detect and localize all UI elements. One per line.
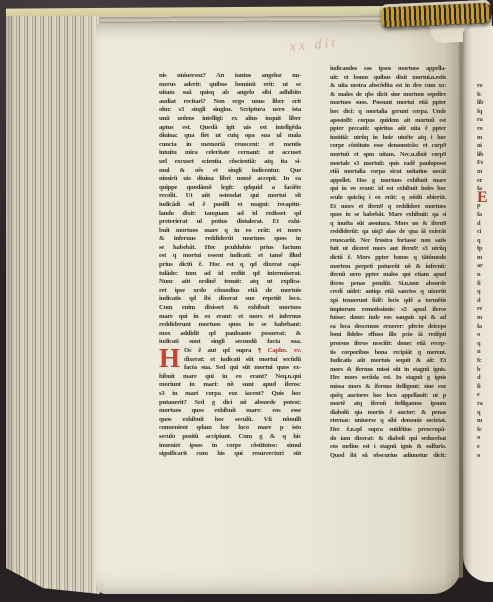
text-line: eos melius est i stagnũ ignis & sulfuris… (330, 443, 446, 452)
text-line: audiat recitari? Non ergo unus liber eri… (159, 98, 301, 107)
text-line: re (477, 305, 493, 314)
text-line: s3 in mari corpa eoz iacent? Quis hoc (159, 390, 301, 399)
text-line: q (477, 340, 493, 349)
text-line: d (477, 374, 493, 383)
text-line: seculo positũ accipiunt. Cum g & q hic (159, 433, 301, 442)
text-line: mox addidit qd pauloante posuerat: & (159, 330, 301, 339)
text-line: q (477, 237, 493, 246)
text-line: mortale s3 mortuũ: quis eadẽ pauloposst (330, 160, 446, 169)
text-line: fi (477, 280, 493, 289)
text-line: prius dictũ ẽ. Hoc est q qd dixerat capi… (159, 261, 301, 270)
text-line: Hec ẽ.n.qd supra euidẽtius preoccupã- (330, 426, 446, 435)
text-line: ar (477, 262, 493, 271)
text-line: recolit. Ut aũt ostendat qui mortui sĩt (159, 192, 301, 201)
text-line: nimirũ uis diuina libri nomẽ accepit. In… (159, 175, 301, 184)
text-line: conuenient qdam hoc loco mare p isto (159, 424, 301, 433)
text-line: Et mors et ifern9 q reddidere mortuos (330, 203, 446, 212)
text-line: iudicatis qd ibi dixerat suo repetiit lo… (159, 295, 301, 304)
text-line: quẽq auctores hoc loco appellauit: ut p (330, 392, 446, 401)
text-line: fa (477, 323, 493, 332)
text-line: xpi tenuerunt fidẽ: locis qdẽ a tormẽtis (330, 297, 446, 306)
text-line: corpe cõstituto esse demonstrãs: et corp… (330, 142, 446, 151)
text-line: fi (477, 383, 493, 392)
text-line: inueniet ipsos in corpe cõstitutos: simu… (159, 442, 301, 451)
text-line: mortuos quos exhibuit mare: eos esse (159, 407, 301, 416)
text-line: b (477, 366, 493, 375)
text-line: putauerit? Sed g dici nõ absurde potest: (159, 399, 301, 408)
text-line: quos in se habebãt. Mare exhibuit: qa si (330, 211, 446, 220)
text-line: eternas: uniuerse q sibi demonis societa… (330, 417, 446, 426)
text-line: m (477, 254, 493, 263)
facing-page-sliver: rofclibfqraromnilibFemerfaEpfadciqfpmarn… (463, 26, 493, 582)
text-line: iferos penas pendũt. Si.n.non absurde (330, 280, 446, 289)
text-line: o (477, 452, 493, 461)
text-line: fe (477, 426, 493, 435)
text-line: apostol9: corpus quidem ait mortuũ est (330, 117, 446, 126)
text-line: & uita uestra abscõdita est in deo cum x… (330, 82, 446, 91)
text-line: do iam dixerat: & diaboli qui seducebat (330, 435, 446, 444)
text-line: est q mortui essent iudicati: et tamẽ il… (159, 252, 301, 261)
text-line: fc (477, 357, 493, 366)
text-line: ni (477, 142, 493, 151)
text-line: & infernus reddiderũt mortuos quos in (159, 235, 301, 244)
text-line: m (477, 134, 493, 143)
text-line: er (477, 177, 493, 186)
text-line: ifernũ uero ppter malos qui etiam apud (330, 271, 446, 280)
text-line: ra (477, 116, 493, 125)
text-line: impiorum remotissimis: s3 apud iferos (330, 306, 446, 315)
text-line: se habebãt. Hoc pculdubio prius factum (159, 244, 301, 253)
text-line: reddiderũt: qa uiq3 aĩas de qua iã exier… (330, 228, 446, 237)
text-line: fuisse: donec inde eos sanguis xpi & ad (330, 314, 446, 323)
text-line: q (477, 288, 493, 297)
text-line: Nunc aũt ordinẽ tenuit: atq ut explica- (159, 278, 301, 287)
text-line: d (477, 297, 493, 306)
text-line: moriunt in mari: nõ sunt apud iferos: (159, 381, 301, 390)
text-line: sculo quicũq i eo erãt: q nõdũ obierũt. (330, 194, 446, 203)
text-line: lando dixit: tanquam ad id redisset qd (159, 210, 301, 219)
text-line: significarit cum his qui resurrecturi sũ… (159, 450, 301, 459)
text-line: Fe (477, 159, 493, 168)
text-line: tis corporibus bona recipiãt q merent. (330, 349, 446, 358)
text-line: n (477, 271, 493, 280)
text-line: ro (477, 125, 493, 134)
text-line: mors & ifernus missi sũt in stagnũ ignis… (330, 366, 446, 375)
text-line: fp (477, 245, 493, 254)
text-line: oĩm: s3 singli singloz. Scriptura uero i… (159, 106, 301, 115)
text-line: uit: et bonos quibus dixit mortui.n.esti… (330, 74, 446, 83)
chapter-rubric: ¶ Caplm. xv. (258, 347, 301, 354)
text-line: mortuos suos. Possunt mortui etiã ppter (330, 99, 446, 108)
text-line: uitam suã quisq ab angelo sibi adhibito (159, 89, 301, 98)
rubricated-initial-H: H (159, 345, 183, 372)
text-line: q (477, 409, 493, 418)
text-line: hoc dici: q mortalia gerunt corpa. Unde (330, 108, 446, 117)
text-line: cuncta in memoriã reuocent: et mentis (159, 141, 301, 150)
text-line: buit mortuos mare q in eo erãt: et mors (159, 227, 301, 236)
text-line: m (477, 417, 493, 426)
text-line: fuit ut diceret mors aut ifern9: s3 utrũ… (330, 245, 446, 254)
text-line: Iudicatis aũt mortuis sequit & ait: Et (330, 357, 446, 366)
text-run: Oc ẽ aut qd supra (184, 347, 258, 354)
text-line: ro (477, 82, 493, 91)
text-line: & malos de qbs dicit sine mortuos sepeli… (330, 91, 446, 100)
text-line: intuitu mira celeritate cernant: ut accu… (159, 149, 301, 158)
text-line: mortẽ atq ifernũ itelligamus ipsum (330, 400, 446, 409)
text-line: q inuẽta sũt assutura. Mors uo & ifern9 (330, 220, 446, 229)
text-line: aptus est. Quedã igit uis est intellgẽda (159, 124, 301, 133)
text-line: o (477, 434, 493, 443)
text-line: e (477, 391, 493, 400)
text-line: credi uidet: antiqs etiã sanctos q uixer… (330, 288, 446, 297)
text-line: dictũ ẽ. Mors ppter bonos q tãtũmodo (330, 254, 446, 263)
text-line: mortuũ et spm uitam. Nec.n.dixit corp9 (330, 151, 446, 160)
text-line: ret ipse ordo cõmodius etiã de mortuis (159, 287, 301, 296)
text-line: missa mors & ifernus itelligunt: siue eo… (330, 383, 446, 392)
photograph-of-open-incunabulum: H nis uniuersoz? An tantus angeloz nu-me… (0, 0, 493, 602)
text-line: n (477, 348, 493, 357)
text-line: mortem perpeti potuerũt nõ & infernũ: (330, 263, 446, 272)
text-line: Hec mors secũda est. In stagnũ g ignis (330, 374, 446, 383)
text-line: uel excuset scientia cõscientiã: atq ita… (159, 158, 301, 167)
headband-endband (381, 0, 492, 28)
text-line: lib (477, 151, 493, 160)
text-line: nis uniuersoz? An tantus angeloz nu- (159, 72, 301, 81)
left-page-edge-stack (6, 16, 100, 594)
text-line: mare qui in eo erant: et mors et infernu… (159, 313, 301, 322)
text-line: ppter peccatũ: spiritus aũt uita ẽ ppter (330, 125, 446, 134)
text-line: lib (477, 99, 493, 108)
text-line: reddiderunt mortuos quos in se habebant: (159, 321, 301, 330)
text-column-left: H nis uniuersoz? An tantus angeloz nu-me… (159, 72, 301, 459)
text-line: quos exhibuit hoc seculũ. Vñ nõnulli (159, 416, 301, 425)
text-line: unũ uolens intelligi: ex alius inquit li… (159, 115, 301, 124)
text-line: tulãdo: tum ad id rediit qd intermiserat… (159, 270, 301, 279)
text-line: qui in eo erant: id est exhibuit hoĩes h… (330, 185, 446, 194)
text-line: etiã mortalia corpa sicut usitatius uocã… (330, 168, 446, 177)
main-page: H nis uniuersoz? An tantus angeloz nu-me… (96, 24, 462, 594)
text-line: quippe quodãmõ legit: qdquid a faciẽte (159, 184, 301, 193)
text-line: hibuit mare qui in eo erant? Neq.n.qui (159, 373, 301, 382)
text-line: ci (477, 228, 493, 237)
text-line: mul & oẽs et singli iudicentur. Que (159, 167, 301, 176)
text-line: E (477, 194, 493, 203)
text-line: prorsus iferos nesciũt: donec etiã recep… (330, 340, 446, 349)
text-line: m (477, 314, 493, 323)
text-line: iudicandos eas ipsos mortuos appella- (330, 65, 446, 74)
facing-page-text-edge: rofclibfqraromnilibFemerfaEpfadciqfpmarn… (477, 82, 493, 460)
text-line: ra (477, 400, 493, 409)
text-line: reuocarũt. Nec frustra fortasse non sati… (330, 237, 446, 246)
text-line: fc (477, 91, 493, 100)
text-line: Quod ibi sũ obscurius adiuuetur dicit: (330, 452, 446, 461)
text-line: diabolũ qia mortis ẽ auctor: & penas (330, 409, 446, 418)
text-line: iustitiã: utrũq in hoĩe uiuẽte atq i hoc (330, 134, 446, 143)
text-line: m (477, 168, 493, 177)
text-line: boni fideles effuso illo pcio iã redẽpti (330, 331, 446, 340)
text-line: diuina: qua fiet ut cuiq opa sua ul mala (159, 132, 301, 141)
text-line: merus aderit: quibus hominũ erit: ut se (159, 81, 301, 90)
text-line: iudicãdi sd ẽ pusilli et magni: recapitu… (159, 201, 301, 210)
text-line: Cum enim dixisset & exhibuit mortuos (159, 304, 301, 313)
text-line: preterierat ul potius distulerat. Et exh… (159, 218, 301, 227)
text-line: appellet. Hos g mortuos exhibuit mare (330, 177, 446, 186)
text-line: fq (477, 108, 493, 117)
text-line: ea loca descensus eruerer: pfecto deicep… (330, 323, 446, 332)
text-column-right: iudicandos eas ipsos mortuos appella-uit… (330, 65, 446, 460)
text-line: e (477, 443, 493, 452)
text-line: o (477, 331, 493, 340)
text-line: fa (477, 211, 493, 220)
text-line: d (477, 220, 493, 229)
